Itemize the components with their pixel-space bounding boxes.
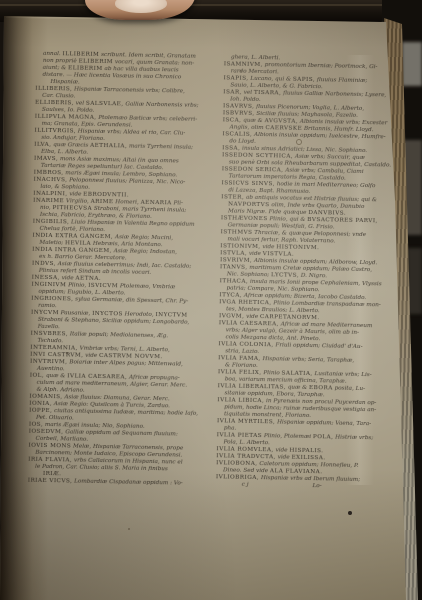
paper-speck [128,528,130,530]
column-right: ghera, L. Alberti.ISAMNIVM, promontorium… [216,54,394,497]
photo-frame: annal. ILLIBERIM scribunt. Idem scribit,… [0,0,422,600]
background-object [402,42,422,86]
paper-speck [348,511,352,515]
catchword: Lo- [312,483,321,489]
signature-mark: c j [242,482,249,488]
text-block: annal. ILLIBERIM scribunt. Idem scribit,… [19,51,399,503]
column-left: annal. ILLIBERIM scribunt. Idem scribit,… [28,51,222,494]
fingernail [115,0,167,13]
book-page: annal. ILLIBERIM scribunt. Idem scribit,… [0,0,422,600]
